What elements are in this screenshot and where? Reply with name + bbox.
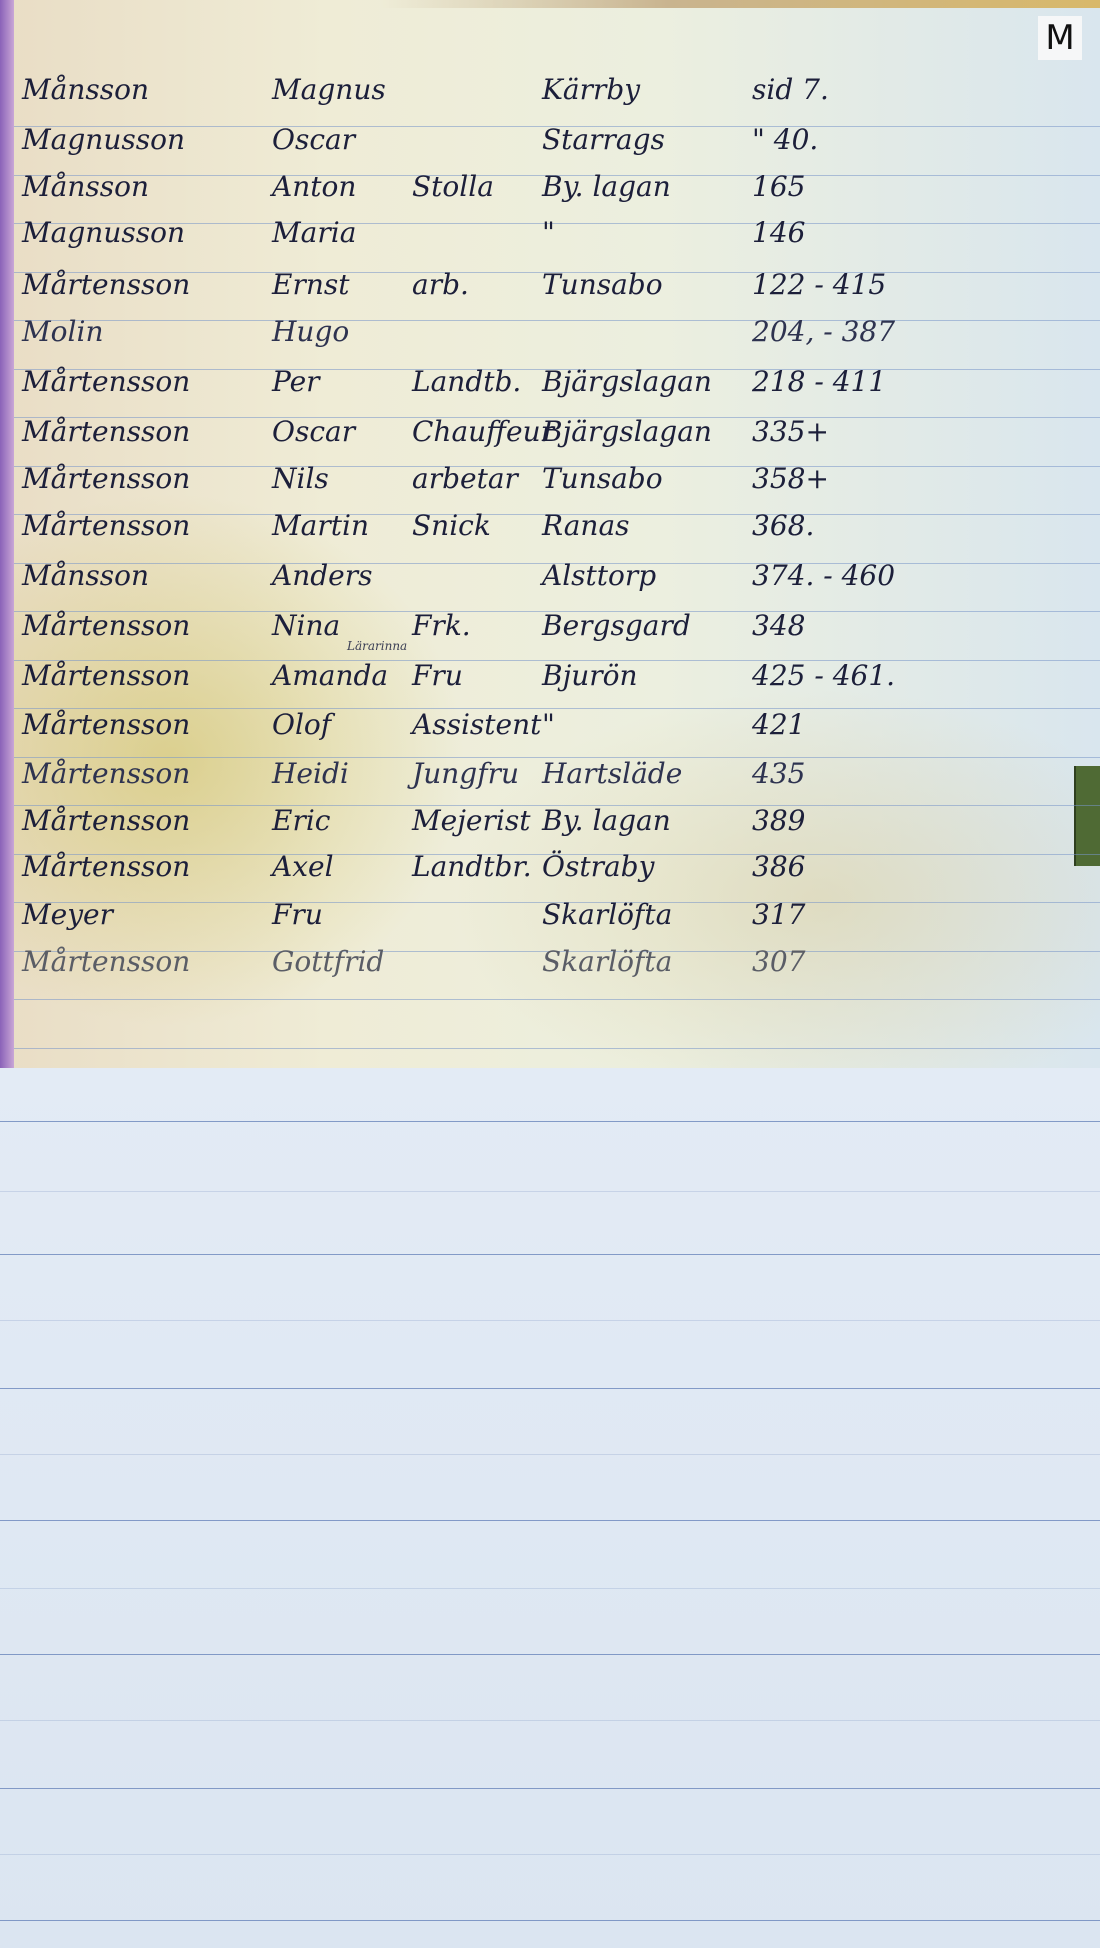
ruled-line (0, 1654, 1100, 1655)
entry-surname: Mårtensson (22, 752, 272, 796)
entry-occupation: Landtbr. (412, 845, 532, 889)
entry-page-ref: 218 - 411 (752, 360, 886, 404)
entry-occupation: arb. (412, 263, 469, 307)
entry-place: Bjärgslagan (542, 360, 712, 404)
entry-occupation: arbetar (412, 457, 518, 501)
entry-first-name: Martin (272, 504, 369, 548)
entry-place: Bjurön (542, 654, 638, 698)
entry-occupation: Landtb. (412, 360, 521, 404)
entry-page-ref: 425 - 461. (752, 654, 895, 698)
entry-page-ref: 335+ (752, 410, 829, 454)
entry-place: Skarlöfta (542, 893, 672, 937)
ruled-line (0, 1854, 1100, 1855)
entry-page-ref: 146 (752, 211, 805, 255)
ruled-line (0, 1788, 1100, 1789)
entry-page-ref: 165 (752, 165, 805, 209)
entry-page-ref: 374. - 460 (752, 554, 895, 598)
entry-first-name: Eric (272, 799, 330, 843)
entry-first-name: Nils (272, 457, 329, 501)
entry-place: Skarlöfta (542, 940, 672, 984)
entry-page-ref: 368. (752, 504, 814, 548)
entry-place: Kärrby (542, 68, 640, 112)
entry-first-name: Heidi (272, 752, 349, 796)
entry-page-ref: " 40. (752, 118, 818, 162)
book-spine (0, 0, 14, 1068)
entry-place: Tunsabo (542, 263, 663, 307)
entry-first-name: Oscar (272, 118, 355, 162)
ruled-line (0, 1920, 1100, 1921)
entry-place: By. lagan (542, 799, 671, 843)
entry-place: Hartsläde (542, 752, 682, 796)
entry-page-ref: 421 (752, 703, 805, 747)
blank-ruled-page (0, 1068, 1100, 1948)
entry-surname: Meyer (22, 893, 272, 937)
index-tab-marker (1074, 766, 1100, 866)
entry-surname: Mårtensson (22, 457, 272, 501)
entry-place: Bjärgslagan (542, 410, 712, 454)
entry-surname: Mårtensson (22, 940, 272, 984)
entry-first-name: Anders (272, 554, 373, 598)
entry-surname: Mårtensson (22, 654, 272, 698)
ruled-line (0, 1320, 1100, 1321)
entry-first-name: Hugo (272, 310, 349, 354)
entry-occupation: Chauffeur (412, 410, 554, 454)
ruled-line (0, 1588, 1100, 1589)
ruled-line (0, 1454, 1100, 1455)
entry-surname: Molin (22, 310, 272, 354)
entry-first-name: Maria (272, 211, 356, 255)
entry-occupation: Fru (412, 654, 463, 698)
entry-page-ref: 307 (752, 940, 805, 984)
entry-occupation: Frk. (412, 604, 471, 648)
entry-page-ref: sid 7. (752, 68, 829, 112)
entry-annotation: Lärarinna (347, 638, 407, 654)
entry-first-name: Gottfrid (272, 940, 384, 984)
entry-place: Starrags (542, 118, 665, 162)
entry-page-ref: 358+ (752, 457, 829, 501)
ruled-line (0, 1520, 1100, 1521)
entry-page-ref: 204, - 387 (752, 310, 895, 354)
entry-first-name: Nina (272, 604, 340, 648)
entry-first-name: Fru (272, 893, 323, 937)
entry-surname: Magnusson (22, 211, 272, 255)
entry-first-name: Axel (272, 845, 334, 889)
entry-surname: Mårtensson (22, 703, 272, 747)
ledger-page-photo: M MånssonMagnusKärrbysid 7.MagnussonOsca… (0, 0, 1100, 1068)
entry-surname: Mårtensson (22, 263, 272, 307)
entry-occupation: Snick (412, 504, 491, 548)
entry-surname: Mårtensson (22, 604, 272, 648)
entry-occupation: Jungfru (412, 752, 519, 796)
entry-first-name: Anton (272, 165, 356, 209)
entry-place: " (542, 211, 555, 255)
entry-surname: Mårtensson (22, 410, 272, 454)
entry-surname: Månsson (22, 68, 272, 112)
ruled-line (14, 999, 1100, 1000)
entry-page-ref: 348 (752, 604, 805, 648)
ruled-line (0, 1121, 1100, 1122)
ruled-line (0, 1720, 1100, 1721)
entry-page-ref: 435 (752, 752, 805, 796)
entry-page-ref: 122 - 415 (752, 263, 886, 307)
entry-place: Tunsabo (542, 457, 663, 501)
ruled-line (14, 1048, 1100, 1049)
entry-occupation: Assistent (412, 703, 541, 747)
entry-occupation: Stolla (412, 165, 494, 209)
entry-place: Östraby (542, 845, 654, 889)
entry-surname: Mårtensson (22, 360, 272, 404)
entry-place: By. lagan (542, 165, 671, 209)
index-letter-tab: M (1038, 16, 1082, 60)
entry-place: Bergsgard (542, 604, 691, 648)
entry-surname: Mårtensson (22, 845, 272, 889)
ruled-line (0, 1191, 1100, 1192)
entry-first-name: Per (272, 360, 320, 404)
ruled-line (0, 1388, 1100, 1389)
entry-first-name: Ernst (272, 263, 349, 307)
entry-page-ref: 317 (752, 893, 805, 937)
entry-first-name: Amanda (272, 654, 388, 698)
entry-surname: Magnusson (22, 118, 272, 162)
entry-first-name: Oscar (272, 410, 355, 454)
entry-page-ref: 386 (752, 845, 805, 889)
entry-first-name: Magnus (272, 68, 386, 112)
entry-surname: Mårtensson (22, 799, 272, 843)
entry-surname: Månsson (22, 554, 272, 598)
entry-place: Ranas (542, 504, 630, 548)
page-top-edge (380, 0, 1100, 8)
entry-occupation: Mejerist (412, 799, 530, 843)
entry-place: Alsttorp (542, 554, 656, 598)
ruled-line (0, 1254, 1100, 1255)
entry-first-name: Olof (272, 703, 331, 747)
entry-page-ref: 389 (752, 799, 805, 843)
entry-surname: Månsson (22, 165, 272, 209)
entry-place: " (542, 703, 555, 747)
entry-surname: Mårtensson (22, 504, 272, 548)
